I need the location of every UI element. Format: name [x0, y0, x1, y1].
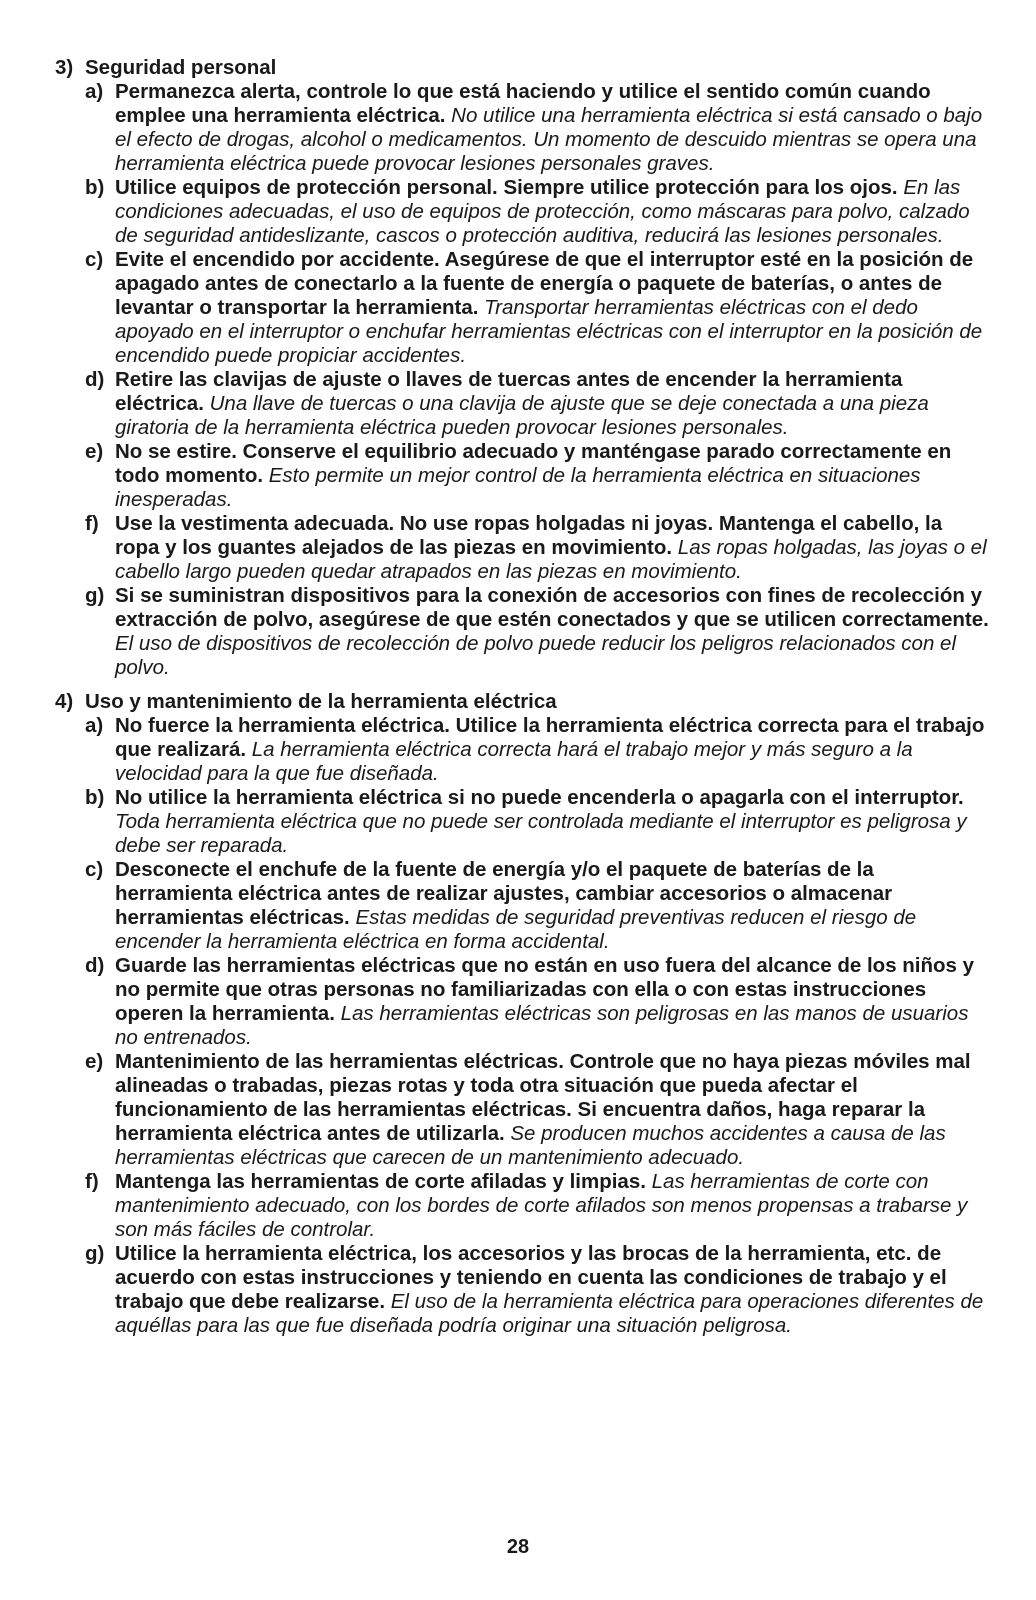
item-letter: b) [85, 176, 115, 248]
list-item: d) Guarde las herramientas eléctricas qu… [85, 954, 990, 1050]
item-bold-text: No utilice la herramienta eléctrica si n… [115, 786, 964, 809]
page-number: 28 [0, 1536, 1036, 1559]
list-item: f) Mantenga las herramientas de corte af… [85, 1170, 990, 1242]
item-text: Retire las clavijas de ajuste o llaves d… [115, 368, 990, 440]
list-item: b) No utilice la herramienta eléctrica s… [85, 786, 990, 858]
item-text: Mantenga las herramientas de corte afila… [115, 1170, 990, 1242]
item-letter: a) [85, 714, 115, 786]
item-text: No utilice la herramienta eléctrica si n… [115, 786, 990, 858]
list-item: e) Mantenimiento de las herramientas elé… [85, 1050, 990, 1170]
item-text: Mantenimiento de las herramientas eléctr… [115, 1050, 990, 1170]
item-letter: d) [85, 954, 115, 1050]
section-title: Uso y mantenimiento de la herramienta el… [85, 690, 990, 714]
list-item: a) No fuerce la herramienta eléctrica. U… [85, 714, 990, 786]
list-item: c) Desconecte el enchufe de la fuente de… [85, 858, 990, 954]
item-text: No fuerce la herramienta eléctrica. Util… [115, 714, 990, 786]
item-text: Use la vestimenta adecuada. No use ropas… [115, 512, 990, 584]
section-uso-y-mantenimiento: 4) Uso y mantenimiento de la herramienta… [55, 690, 990, 1338]
section-number: 3) [55, 56, 85, 80]
item-letter: f) [85, 512, 115, 584]
item-letter: b) [85, 786, 115, 858]
list-item: g) Si se suministran dispositivos para l… [85, 584, 990, 680]
list-item: a) Permanezca alerta, controle lo que es… [85, 80, 990, 176]
document-page: 3) Seguridad personal a) Permanezca aler… [0, 0, 1036, 1338]
item-letter: f) [85, 1170, 115, 1242]
item-text: Desconecte el enchufe de la fuente de en… [115, 858, 990, 954]
item-text: Si se suministran dispositivos para la c… [115, 584, 990, 680]
item-text: Utilice la herramienta eléctrica, los ac… [115, 1242, 990, 1338]
section-title: Seguridad personal [85, 56, 990, 80]
item-letter: e) [85, 1050, 115, 1170]
item-bold-text: Utilice equipos de protección personal. … [115, 176, 898, 199]
section-heading: 3) Seguridad personal [55, 56, 990, 80]
item-letter: c) [85, 858, 115, 954]
item-bold-text: Si se suministran dispositivos para la c… [115, 584, 989, 631]
item-letter: c) [85, 248, 115, 368]
item-italic-text: Toda herramienta eléctrica que no puede … [115, 810, 967, 857]
section-number: 4) [55, 690, 85, 714]
item-letter: e) [85, 440, 115, 512]
list-item: e) No se estire. Conserve el equilibrio … [85, 440, 990, 512]
item-letter: g) [85, 1242, 115, 1338]
item-letter: d) [85, 368, 115, 440]
list-item: f) Use la vestimenta adecuada. No use ro… [85, 512, 990, 584]
item-text: No se estire. Conserve el equilibrio ade… [115, 440, 990, 512]
item-text: Guarde las herramientas eléctricas que n… [115, 954, 990, 1050]
item-letter: g) [85, 584, 115, 680]
item-letter: a) [85, 80, 115, 176]
list-item: b) Utilice equipos de protección persona… [85, 176, 990, 248]
item-text: Permanezca alerta, controle lo que está … [115, 80, 990, 176]
section-heading: 4) Uso y mantenimiento de la herramienta… [55, 690, 990, 714]
section-seguridad-personal: 3) Seguridad personal a) Permanezca aler… [55, 56, 990, 680]
item-text: Utilice equipos de protección personal. … [115, 176, 990, 248]
item-italic-text: El uso de dispositivos de recolección de… [115, 632, 956, 679]
item-bold-text: Mantenga las herramientas de corte afila… [115, 1170, 646, 1193]
list-item: g) Utilice la herramienta eléctrica, los… [85, 1242, 990, 1338]
list-item: c) Evite el encendido por accidente. Ase… [85, 248, 990, 368]
item-italic-text: Una llave de tuercas o una clavija de aj… [115, 392, 929, 439]
item-text: Evite el encendido por accidente. Asegúr… [115, 248, 990, 368]
list-item: d) Retire las clavijas de ajuste o llave… [85, 368, 990, 440]
